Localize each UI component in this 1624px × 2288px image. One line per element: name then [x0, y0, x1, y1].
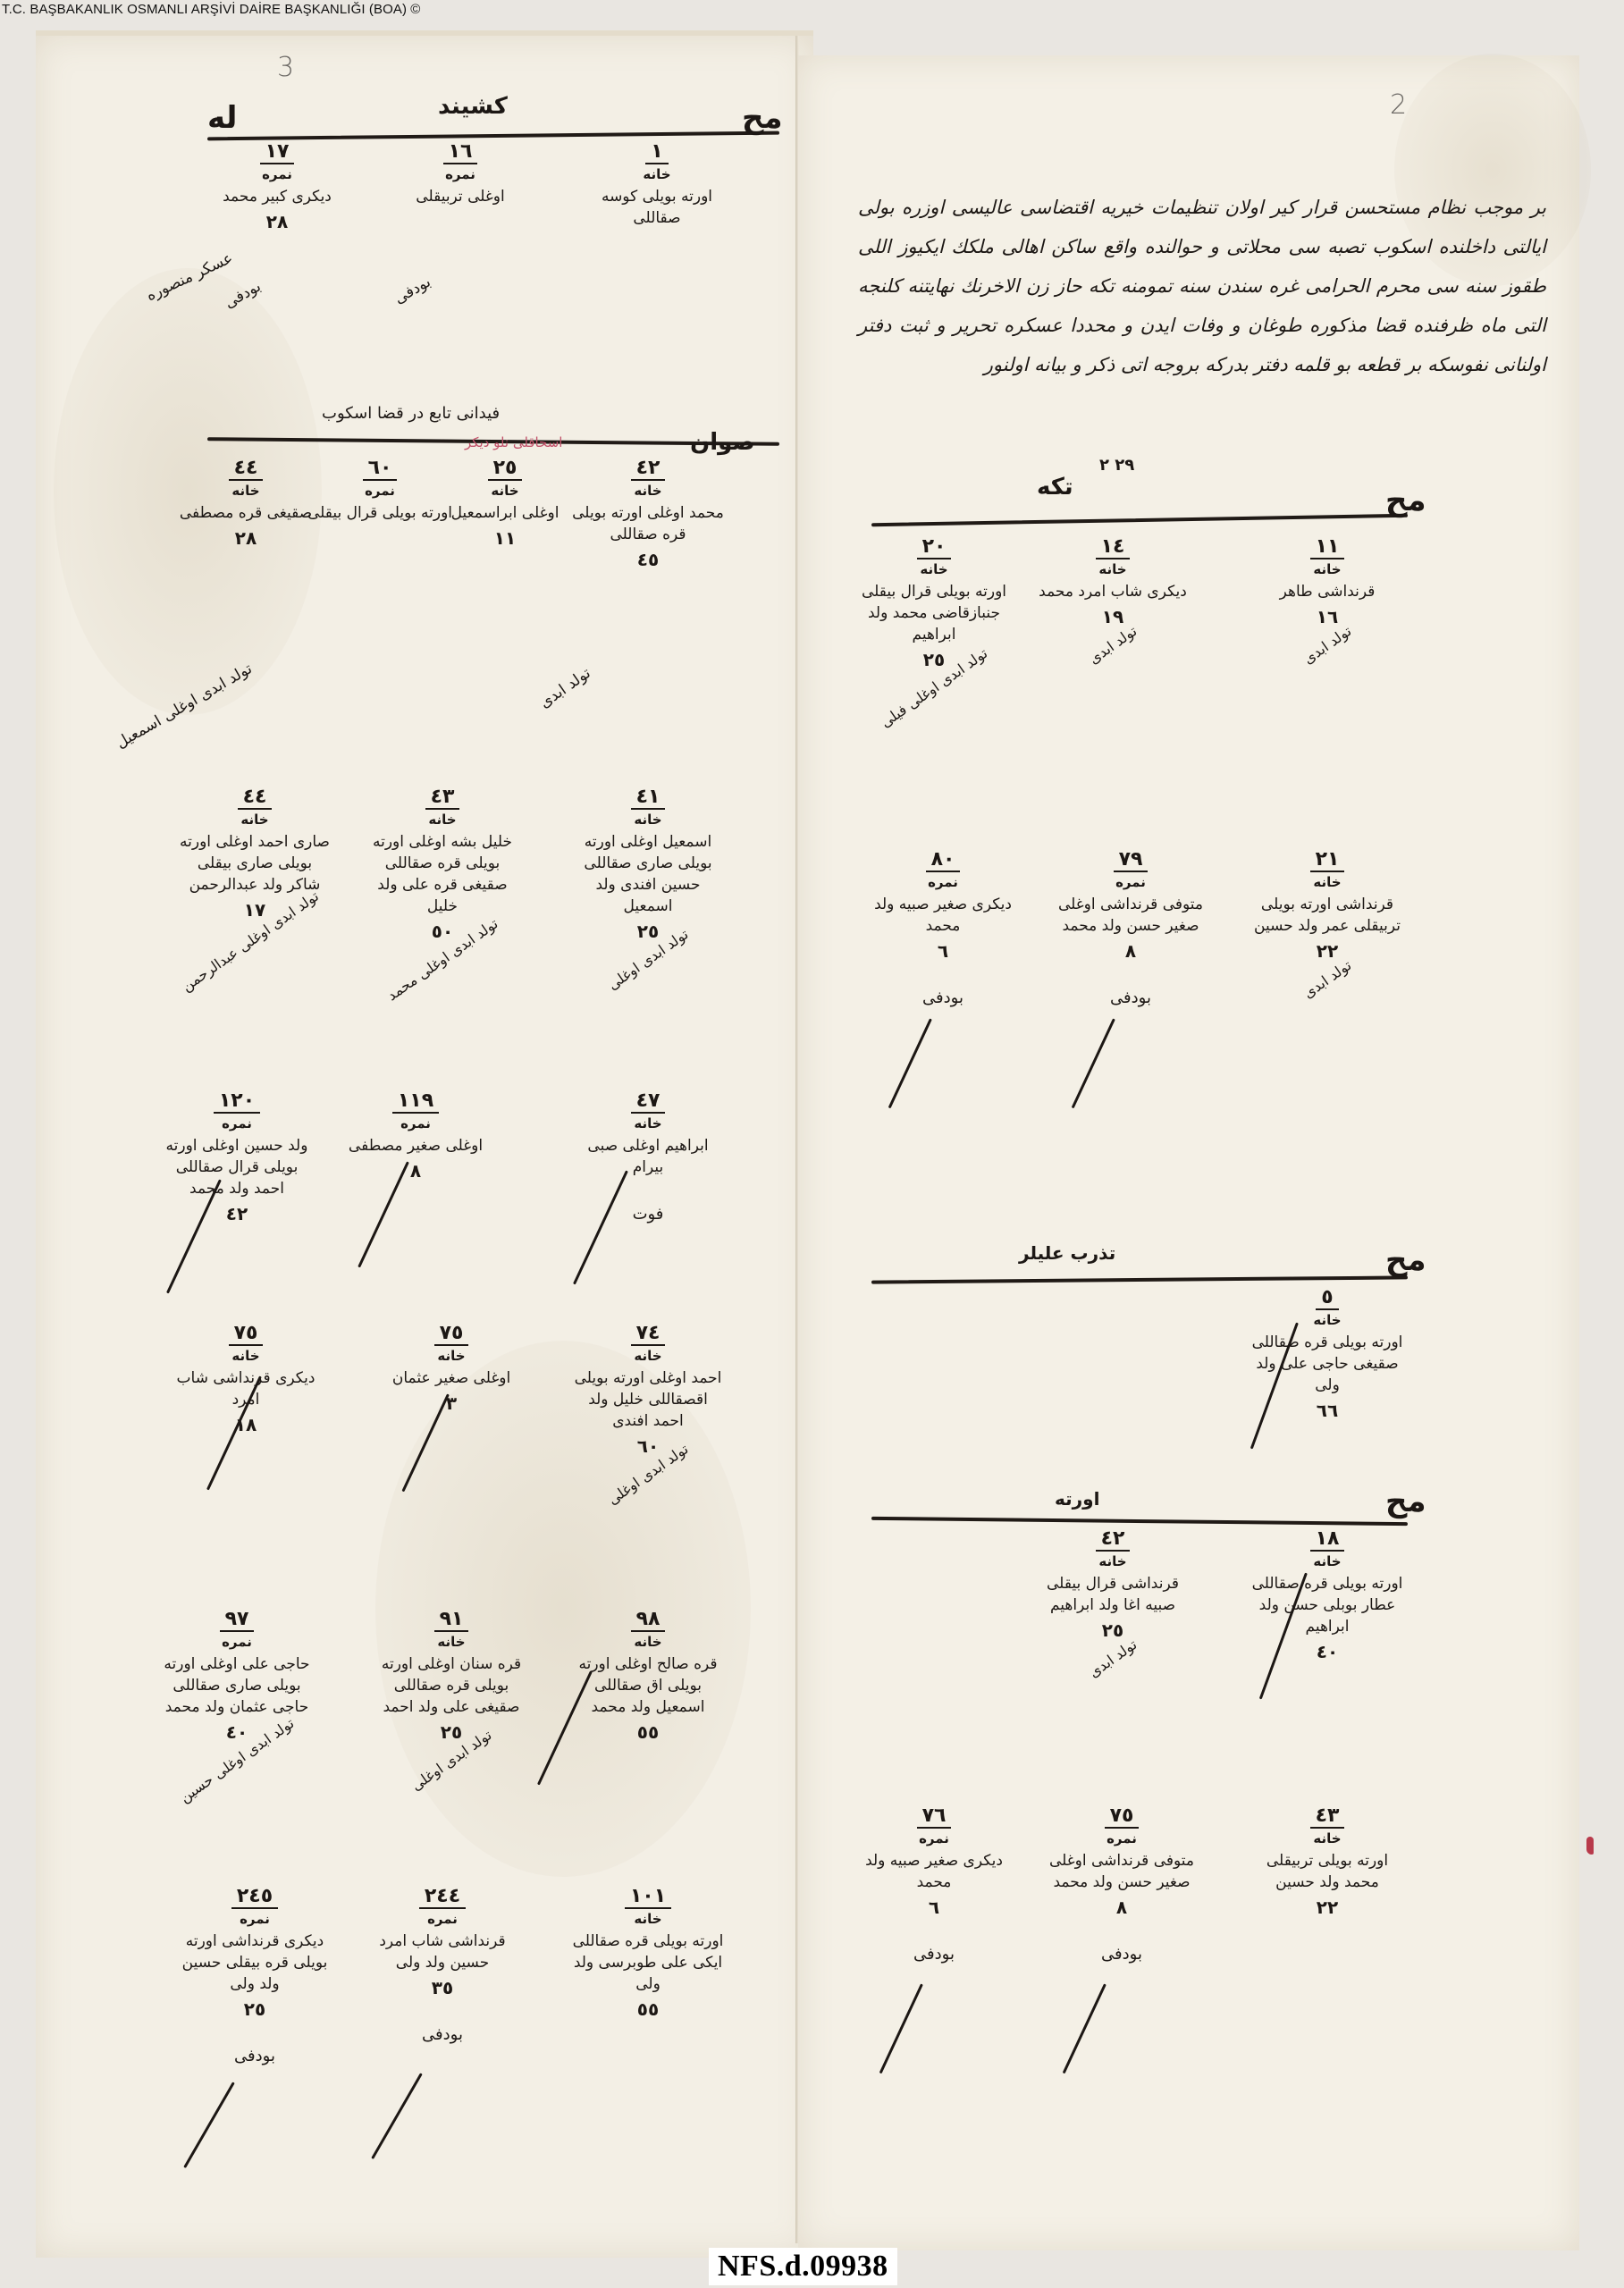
register-entry: ٧٦ نمره ديكرى صغير صبيه ولد محمد ٦ بودفى: [858, 1805, 1010, 1964]
register-entry: ٨٠ نمره ديكرى صغير صبيه ولد محمد ٦ بودفى: [867, 849, 1019, 1007]
register-entry: ٥ خانه اورته بويلى قره صقاللى صقيغى حاجى…: [1251, 1287, 1403, 1421]
section-heading-suffix: له: [207, 100, 237, 136]
archive-watermark: T.C. BAŞBAKANLIK OSMANLI ARŞİVİ DAİRE BA…: [2, 2, 420, 17]
section-heading-prefix: مح: [1385, 1484, 1426, 1519]
register-entry: ١٨ خانه اورته بويلى قره صقاللى عطار بوبل…: [1251, 1528, 1403, 1662]
register-entry: ٩٨ خانه قره صالح اوغلى اورته بويلى اق صق…: [572, 1609, 724, 1743]
red-ink-mark: [1586, 1837, 1594, 1855]
section-heading: فيدانى تابع در قضا اسكوب: [322, 404, 500, 423]
section-heading-prefix: مح: [1385, 1242, 1426, 1278]
section-heading: اورته: [1055, 1488, 1099, 1510]
register-entry: ١٤ خانه ديكرى شاب امرد محمد ١٩ تولد ابدى: [1037, 536, 1189, 653]
section-heading: تذرب عليلر: [1019, 1242, 1115, 1264]
left-folio-number: 3: [277, 52, 294, 83]
section-heading-prefix: صوان: [690, 429, 755, 456]
register-entry: ٤٢ خانه قرنداشى قرال بيقلى صبيه اغا ولد …: [1037, 1528, 1189, 1667]
register-entry: ١٦ نمره اوغلى تربيقلى: [384, 141, 536, 207]
register-entry: ١ خانه اورته بويلى كوسه صقاللى: [581, 141, 733, 229]
register-entry: ٧٥ خانه ديكرى قرنداشى شاب امرد ١٨: [170, 1323, 322, 1435]
register-entry: ٤٣ خانه اورته بويلى تربيقلى محمد ولد حسي…: [1251, 1805, 1403, 1918]
register-entry: ١٧ نمره ديكرى كبير محمد ٢٨: [201, 141, 353, 232]
register-entry: ١٠١ خانه اورته بويلى قره صقاللى ايكى على…: [572, 1886, 724, 2020]
register-entry: ١١ خانه قرنداشى طاهر ١٦ تولد ابدى: [1251, 536, 1403, 653]
register-entry: ٦٠ نمره اورته بويلى قرال بيقلى: [304, 458, 456, 524]
register-entry: ٧٥ خانه اوغلى صغير عثمان ٣: [375, 1323, 527, 1414]
register-entry: ١١٩ نمره اوغلى صغير مصطفى ٨: [340, 1090, 492, 1182]
register-entry: ٢١ خانه قرنداشى اورته بويلى تربيقلى عمر …: [1251, 849, 1403, 988]
archive-reference-code: NFS.d.09938: [709, 2248, 897, 2285]
intro-paragraph: بر موجب نظام مستحسن قرار كير اولان تنظيم…: [858, 188, 1546, 384]
register-entry: ٧٩ نمره متوفى قرنداشى اوغلى صغير حسن ولد…: [1055, 849, 1207, 1007]
section-heading: تكه: [1037, 474, 1073, 500]
section-heading: كشيند: [438, 93, 508, 120]
section-heading-prefix: مح: [742, 100, 783, 136]
register-entry: ٤٤ خانه صقيغى قره مصطفى ٢٨: [170, 458, 322, 549]
register-entry: ٤٤ خانه صارى احمد اوغلى اورته بويلى صارى…: [179, 786, 331, 946]
register-entry: ٤٧ خانه ابراهيم اوغلى صبى بيرام فوت: [572, 1090, 724, 1224]
register-entry: ٧٤ خانه احمد اوغلى اورته بويلى اقصقاللى …: [572, 1323, 724, 1483]
register-entry: ٢٤٥ نمره ديكرى قرنداشى اورته بويلى قره ب…: [179, 1886, 331, 2065]
right-folio-number: 2: [1390, 89, 1407, 121]
register-entry: ١٢٠ نمره ولد حسين اوغلى اورته بويلى قرال…: [161, 1090, 313, 1224]
section-heading-prefix: مح: [1385, 483, 1426, 518]
register-entry: ٧٥ نمره متوفى قرنداشى اوغلى صغير حسن ولد…: [1046, 1805, 1198, 1964]
register-entry: ٢٤٤ نمره قرنداشى شاب امرد حسين ولد ولى ٣…: [366, 1886, 518, 2044]
red-ink-annotation: اسحاقلى نلو ديكر: [465, 434, 562, 450]
register-entry: ٤١ خانه اسمعيل اوغلى اورته بويلى صارى صق…: [572, 786, 724, 968]
register-entry: ٩٧ نمره حاجى على اوغلى اورته بويلى صارى …: [161, 1609, 313, 1769]
register-entry: ٤٣ خانه خليل بشه اوغلى اورته بويلى قره ص…: [366, 786, 518, 968]
register-entry: ٢٠ خانه اورته بويلى قرال بيقلى جنبازقاضى…: [858, 536, 1010, 696]
register-entry: ٩١ خانه قره سنان اوغلى اورته بويلى قره ص…: [375, 1609, 527, 1769]
register-entry: ٤٢ خانه محمد اوغلى اورته بويلى قره صقالل…: [572, 458, 724, 570]
intro-date: ٢٩ ٢: [1099, 456, 1134, 475]
